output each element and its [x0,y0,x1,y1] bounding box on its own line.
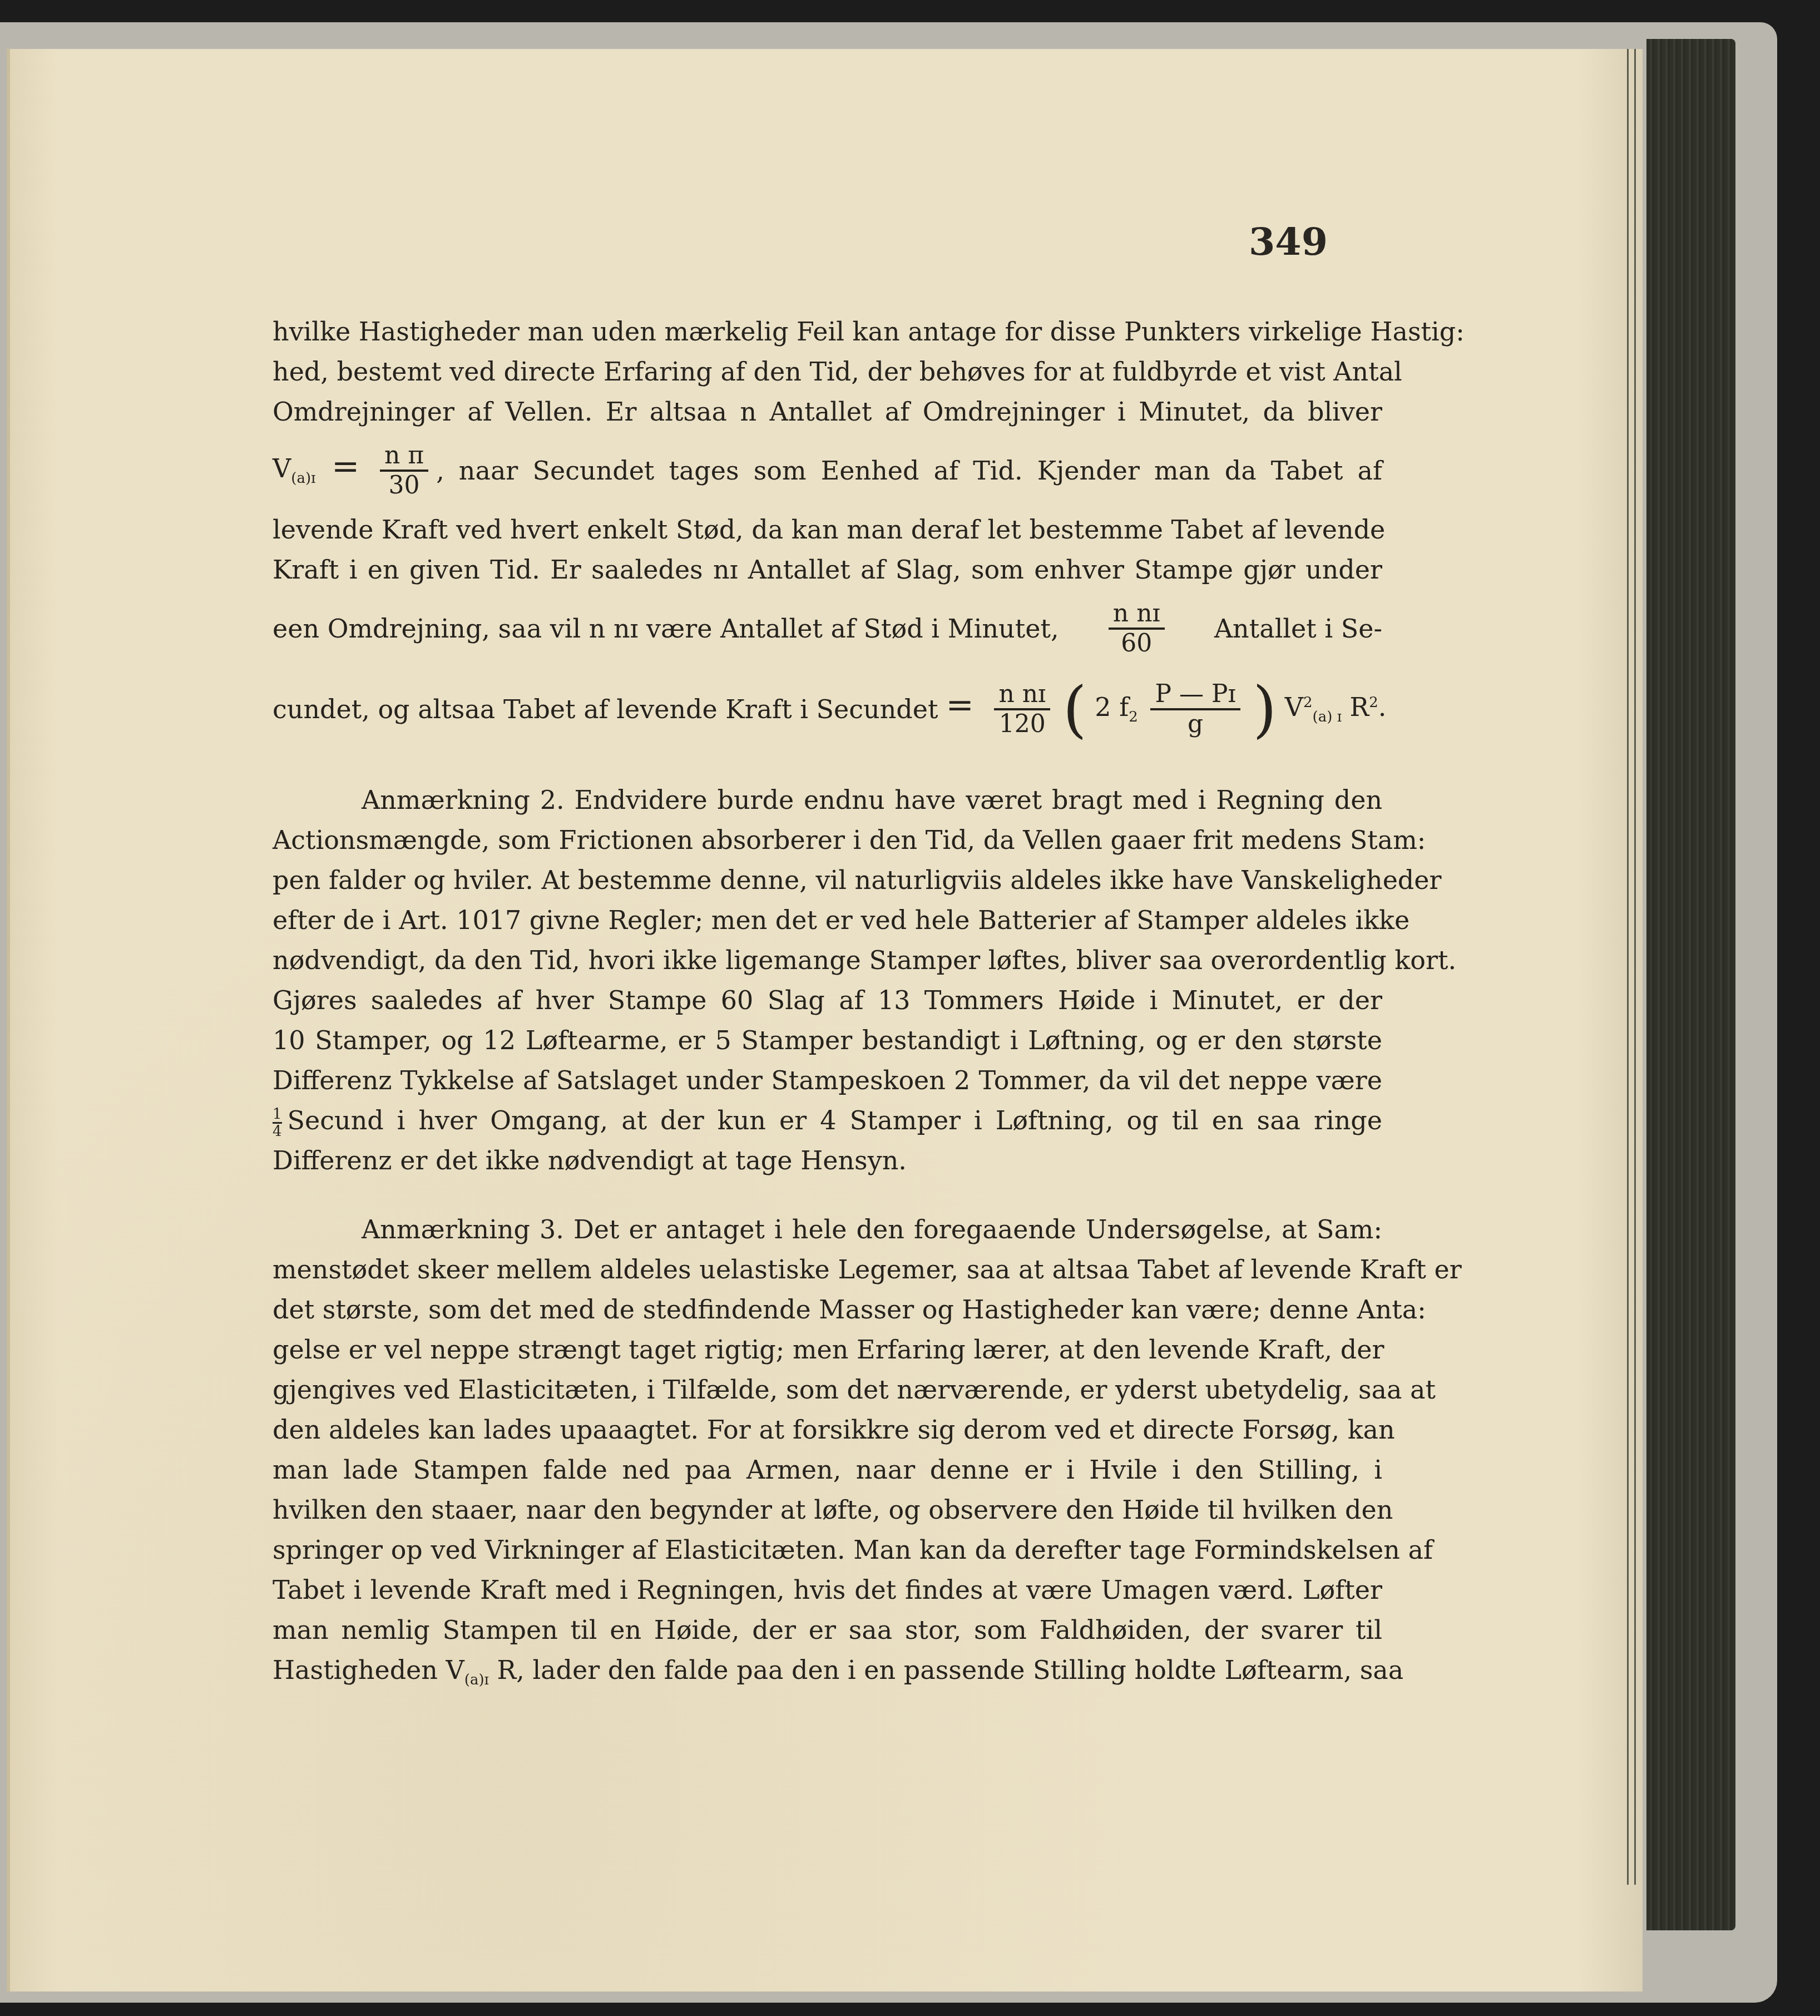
text-line: hvilke Hastigheder man uden mærkelig Fei… [273,312,1382,352]
fraction: n nɪ 60 [1109,600,1165,658]
fraction-numerator: n nɪ [1109,600,1165,630]
text-line: hed, bestemt ved directe Erfaring af den… [273,352,1382,392]
fraction: n π 30 [380,442,428,500]
equals-sign: = [946,685,973,724]
fraction-numerator: P — Pɪ [1150,680,1240,710]
formula-leading-text: cundet, og altsaa Tabet af levende Kraft… [273,689,938,729]
fraction-denominator: 120 [999,710,1046,738]
remark-heading: Anmærkning 3. [362,1214,564,1244]
text-line: efter de i Art. 1017 givne Regler; men d… [273,900,1382,940]
fraction-denominator: 60 [1121,630,1152,658]
page-edges-block [1646,39,1735,1930]
text-line: Differenz Tykkelse af Satslaget under St… [273,1060,1382,1100]
fraction-denominator: g [1188,710,1203,738]
text-line: den aldeles kan lades upaaagtet. For at … [273,1410,1382,1450]
text-line: man nemlig Stampen til en Høide, der er … [273,1610,1382,1650]
text-line: levende Kraft ved hvert enkelt Stød, da … [273,510,1382,550]
formula-blows-per-second: een Omdrejning, saa vil n nɪ være Antall… [273,590,1382,668]
formula-leading-text: een Omdrejning, saa vil n nɪ være Antall… [273,609,1059,649]
formula-period: . [1378,692,1387,722]
formula-velocity: V(a)ɪ = n π 30 , naar Secundet tages som… [273,432,1382,510]
text-line: Endvidere burde endnu have været bragt m… [574,785,1382,815]
radius-exponent: 2 [1369,694,1378,711]
text-line: Gjøres saaledes af hver Stampe 60 Slag a… [273,980,1382,1020]
inner-term-subscript: 2 [1129,709,1138,725]
text-line-with-formula: Hastigheden V(a)ɪ R, lader den falde paa… [273,1650,1382,1700]
text-line: springer op ved Virkninger af Elasticitæ… [273,1530,1382,1570]
velocity-symbol: V [446,1655,464,1685]
right-parenthesis: ) [1253,674,1277,745]
text-line: Omdrejninger af Vellen. Er altsaa n Anta… [273,392,1382,432]
page-number: 349 [1249,220,1328,264]
text-line: det største, som det med de stedfindende… [273,1289,1382,1330]
velocity-exponent: 2 [1303,694,1313,711]
paragraph-heading-line: Anmærkning 2. Endvidere burde endnu have… [273,780,1382,820]
text-line: Differenz er det ikke nødvendigt at tage… [273,1140,1382,1180]
fraction-numerator: n nɪ [994,680,1050,710]
fraction: P — Pɪ g [1150,680,1240,738]
fraction-numerator: n π [380,442,428,472]
text-line: man lade Stampen falde ned paa Armen, na… [273,1450,1382,1490]
formula-trailing-text: , naar Secundet tages som Eenhed af Tid.… [433,451,1382,491]
velocity-subscript: (a)ɪ [464,1672,489,1688]
text-line: menstødet skeer mellem aldeles uelastisk… [273,1249,1382,1289]
velocity-symbol: V [1285,692,1303,722]
fraction-denominator: 30 [389,472,420,500]
formula-trailing-text: Antallet i Se- [1214,609,1382,649]
velocity-subscript: (a) ɪ [1313,709,1342,725]
page-edge-line [1627,49,1629,1885]
remark-heading: Anmærkning 2. [362,785,565,815]
inner-term: 2 f [1095,692,1129,722]
text-line: gelse er vel neppe strængt taget rigtig;… [273,1330,1382,1370]
formula-energy-loss: cundet, og altsaa Tabet af levende Kraft… [273,668,1382,751]
text-line: hvilken den staaer, naar den begynder at… [273,1490,1382,1530]
equals-sign: = [332,447,359,486]
formula-lhs: V [273,453,291,483]
text-line: Det er antaget i hele den foregaaende Un… [573,1214,1382,1244]
page-body-text: hvilke Hastigheder man uden mærkelig Fei… [273,312,1382,1700]
text-line: 10 Stamper, og 12 Løftearme, er 5 Stampe… [273,1020,1382,1060]
paragraph-heading-line: Anmærkning 3. Det er antaget i hele den … [273,1209,1382,1249]
left-parenthesis: ( [1063,674,1087,745]
text-line: Actionsmængde, som Frictionen absorberer… [273,820,1382,860]
fraction-one-quarter: 1 4 [273,1106,282,1139]
text-line: nødvendigt, da den Tid, hvori ikke ligem… [273,940,1382,980]
text-line: Kraft i en given Tid. Er saaledes nɪ Ant… [273,550,1382,590]
fraction: n nɪ 120 [994,680,1050,738]
page-edge-line [1634,49,1636,1885]
text-line-with-fraction: 1 4 Secund i hver Omgang, at der kun er … [273,1100,1382,1140]
formula-lhs-subscript: (a)ɪ [291,470,315,487]
text-line: Tabet i levende Kraft med i Regningen, h… [273,1570,1382,1610]
text-line: pen falder og hviler. At bestemme denne,… [273,860,1382,900]
radius-symbol: R [1350,692,1369,722]
text-line: gjengives ved Elasticitæten, i Tilfælde,… [273,1370,1382,1410]
